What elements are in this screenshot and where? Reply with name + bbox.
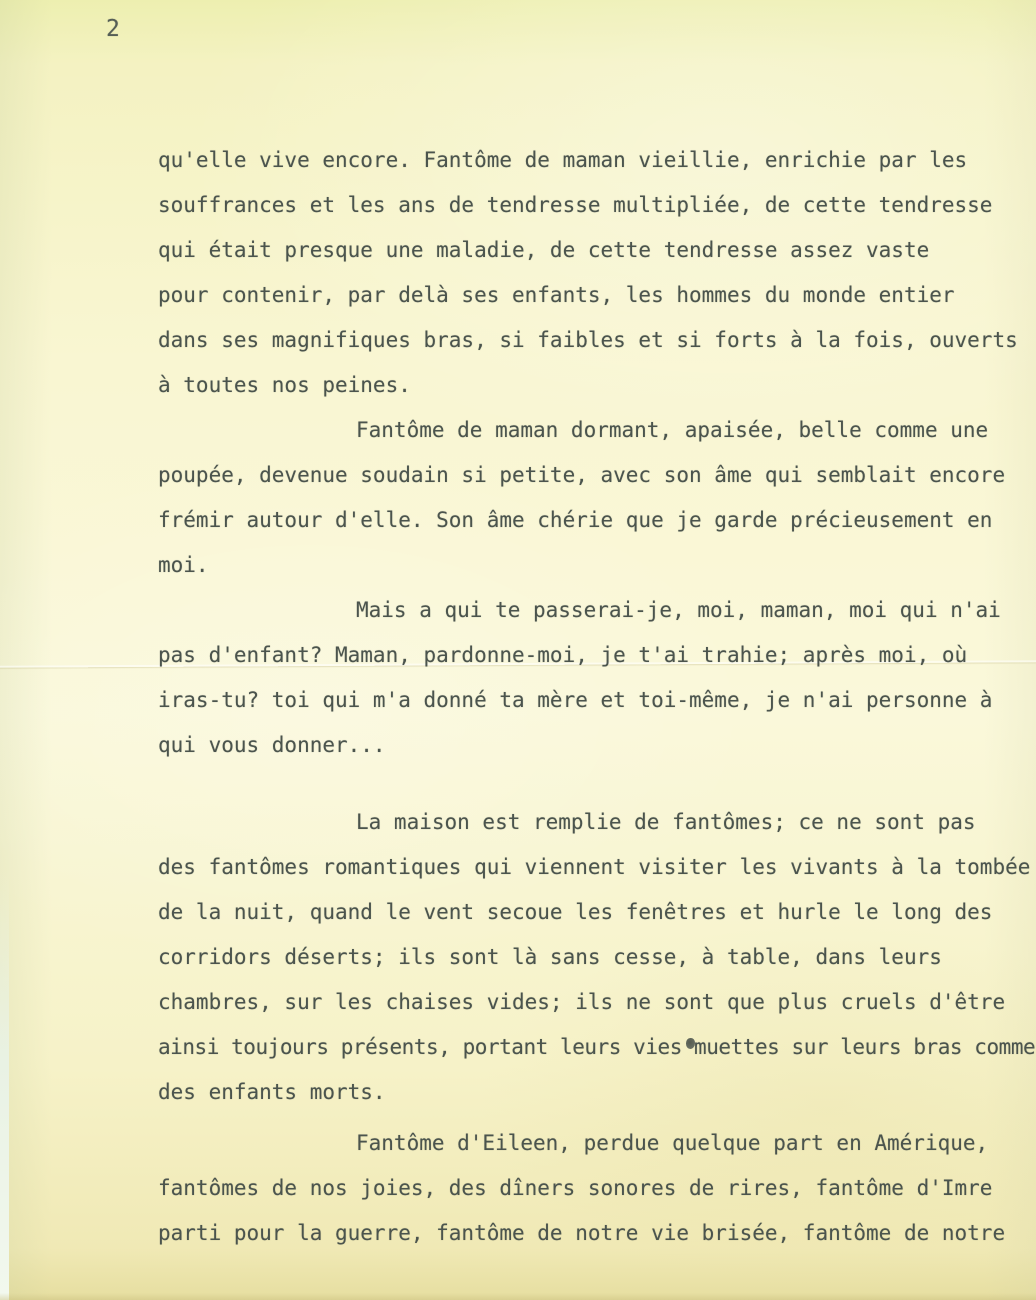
text-line: dans ses magnifiques bras, si faibles et…	[158, 318, 1036, 363]
text-line: qu'elle vive encore. Fantôme de maman vi…	[158, 138, 1036, 183]
text-line: souffrances et les ans de tendresse mult…	[158, 183, 1036, 228]
text-line: frémir autour d'elle. Son âme chérie que…	[158, 498, 1036, 543]
text-line: chambres, sur les chaises vides; ils ne …	[158, 980, 1036, 1025]
paragraph: Fantôme de maman dormant, apaisée, belle…	[158, 408, 1036, 588]
text-line: fantômes de nos joies, des dîners sonore…	[158, 1166, 1036, 1211]
text-line: des fantômes romantiques qui viennent vi…	[158, 845, 1036, 890]
paragraph: qu'elle vive encore. Fantôme de maman vi…	[158, 138, 1036, 408]
text-line: des enfants morts.	[158, 1070, 1036, 1115]
paper-bottom-edge	[0, 1293, 1036, 1300]
typewritten-text: qu'elle vive encore. Fantôme de maman vi…	[158, 138, 1036, 1256]
text-line: Fantôme de maman dormant, apaisée, belle…	[158, 408, 1036, 453]
text-line: moi.	[158, 543, 1036, 588]
text-line: Fantôme d'Eileen, perdue quelque part en…	[158, 1121, 1036, 1166]
text-line: pour contenir, par delà ses enfants, les…	[158, 273, 1036, 318]
scan-edge	[0, 870, 9, 1300]
text-line: à toutes nos peines.	[158, 363, 1036, 408]
paragraph: Fantôme d'Eileen, perdue quelque part en…	[158, 1121, 1036, 1256]
text-line: poupée, devenue soudain si petite, avec …	[158, 453, 1036, 498]
text-line: de la nuit, quand le vent secoue les fen…	[158, 890, 1036, 935]
text-line: Mais a qui te passerai-je, moi, maman, m…	[158, 588, 1036, 633]
paragraph: La maison est remplie de fantômes; ce ne…	[158, 800, 1036, 1115]
page-scan: 2 qu'elle vive encore. Fantôme de maman …	[0, 0, 1036, 1300]
page-number: 2	[106, 16, 120, 42]
text-line: qui vous donner...	[158, 723, 1036, 768]
paragraph: Mais a qui te passerai-je, moi, maman, m…	[158, 588, 1036, 768]
text-line: La maison est remplie de fantômes; ce ne…	[158, 800, 1036, 845]
text-line: qui était presque une maladie, de cette …	[158, 228, 1036, 273]
text-line: iras-tu? toi qui m'a donné ta mère et to…	[158, 678, 1036, 723]
text-line: parti pour la guerre, fantôme de notre v…	[158, 1211, 1036, 1256]
text-line: corridors déserts; ils sont là sans cess…	[158, 935, 1036, 980]
text-line: pas d'enfant? Maman, pardonne-moi, je t'…	[158, 633, 1036, 678]
text-line: ainsi toujours présents, portant leurs v…	[158, 1025, 1036, 1070]
